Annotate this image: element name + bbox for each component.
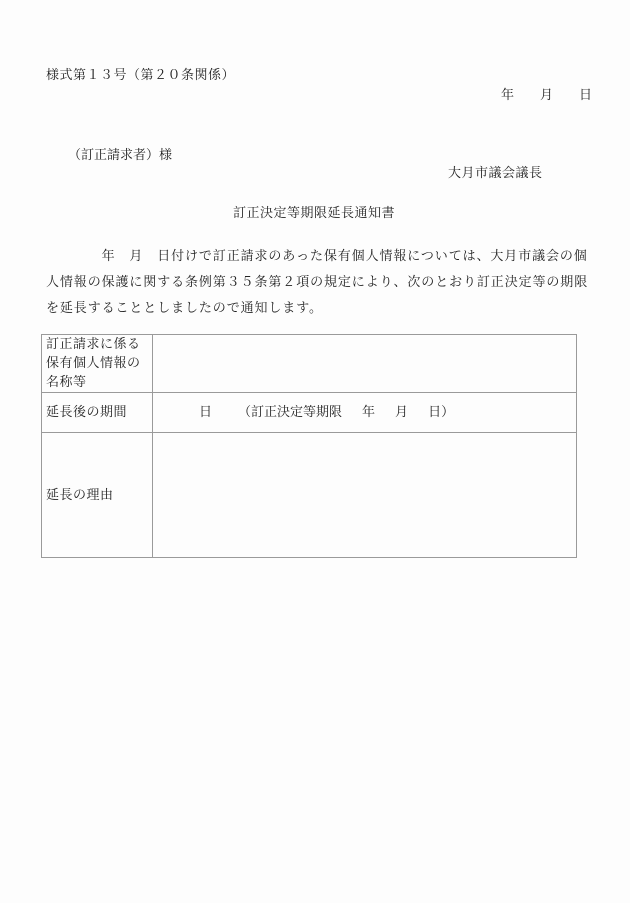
period-day-close: 日） xyxy=(428,403,454,422)
table-row-info-name: 訂正請求に係る 保有個人情報の 名称等 xyxy=(42,335,577,393)
form-number: 様式第１３号（第２０条関係） xyxy=(46,64,235,83)
label-extended-period: 延長後の期間 xyxy=(42,393,153,433)
table-row-extended-period: 延長後の期間 日（訂正決定等期限年月日） xyxy=(42,393,577,433)
date-year: 年 xyxy=(501,84,514,103)
period-month: 月 xyxy=(395,403,408,422)
label-line: 名称等 xyxy=(46,373,148,392)
value-extended-period: 日（訂正決定等期限年月日） xyxy=(153,393,577,433)
value-info-name xyxy=(153,335,577,393)
body-paragraph: 年 月 日付けで訂正請求のあった保有個人情報については、大月市議会の個 人情報の… xyxy=(46,244,586,322)
label-info-name: 訂正請求に係る 保有個人情報の 名称等 xyxy=(42,335,153,393)
table-row-reason: 延長の理由 xyxy=(42,433,577,558)
body-line: を延長することとしましたので通知します。 xyxy=(46,296,586,322)
date-day: 日 xyxy=(579,84,592,103)
body-line: 人情報の保護に関する条例第３５条第２項の規定により、次のとおり訂正決定等の期限 xyxy=(46,270,586,296)
document-title: 訂正決定等期限延長通知書 xyxy=(233,202,395,221)
period-day: 日 xyxy=(199,403,212,422)
date-line: 年月日 xyxy=(501,84,592,103)
sender: 大月市議会議長 xyxy=(448,162,543,181)
label-line: 訂正請求に係る xyxy=(46,335,148,354)
period-year: 年 xyxy=(362,403,375,422)
body-line: 年 月 日付けで訂正請求のあった保有個人情報については、大月市議会の個 xyxy=(46,244,586,270)
value-reason xyxy=(153,433,577,558)
extension-info-table: 訂正請求に係る 保有個人情報の 名称等 延長後の期間 日（訂正決定等期限年月日）… xyxy=(41,334,577,558)
period-deadline-prefix: （訂正決定等期限 xyxy=(238,403,342,422)
label-line: 保有個人情報の xyxy=(46,354,148,373)
addressee: （訂正請求者）様 xyxy=(68,144,172,163)
label-reason: 延長の理由 xyxy=(42,433,153,558)
date-month: 月 xyxy=(540,84,553,103)
